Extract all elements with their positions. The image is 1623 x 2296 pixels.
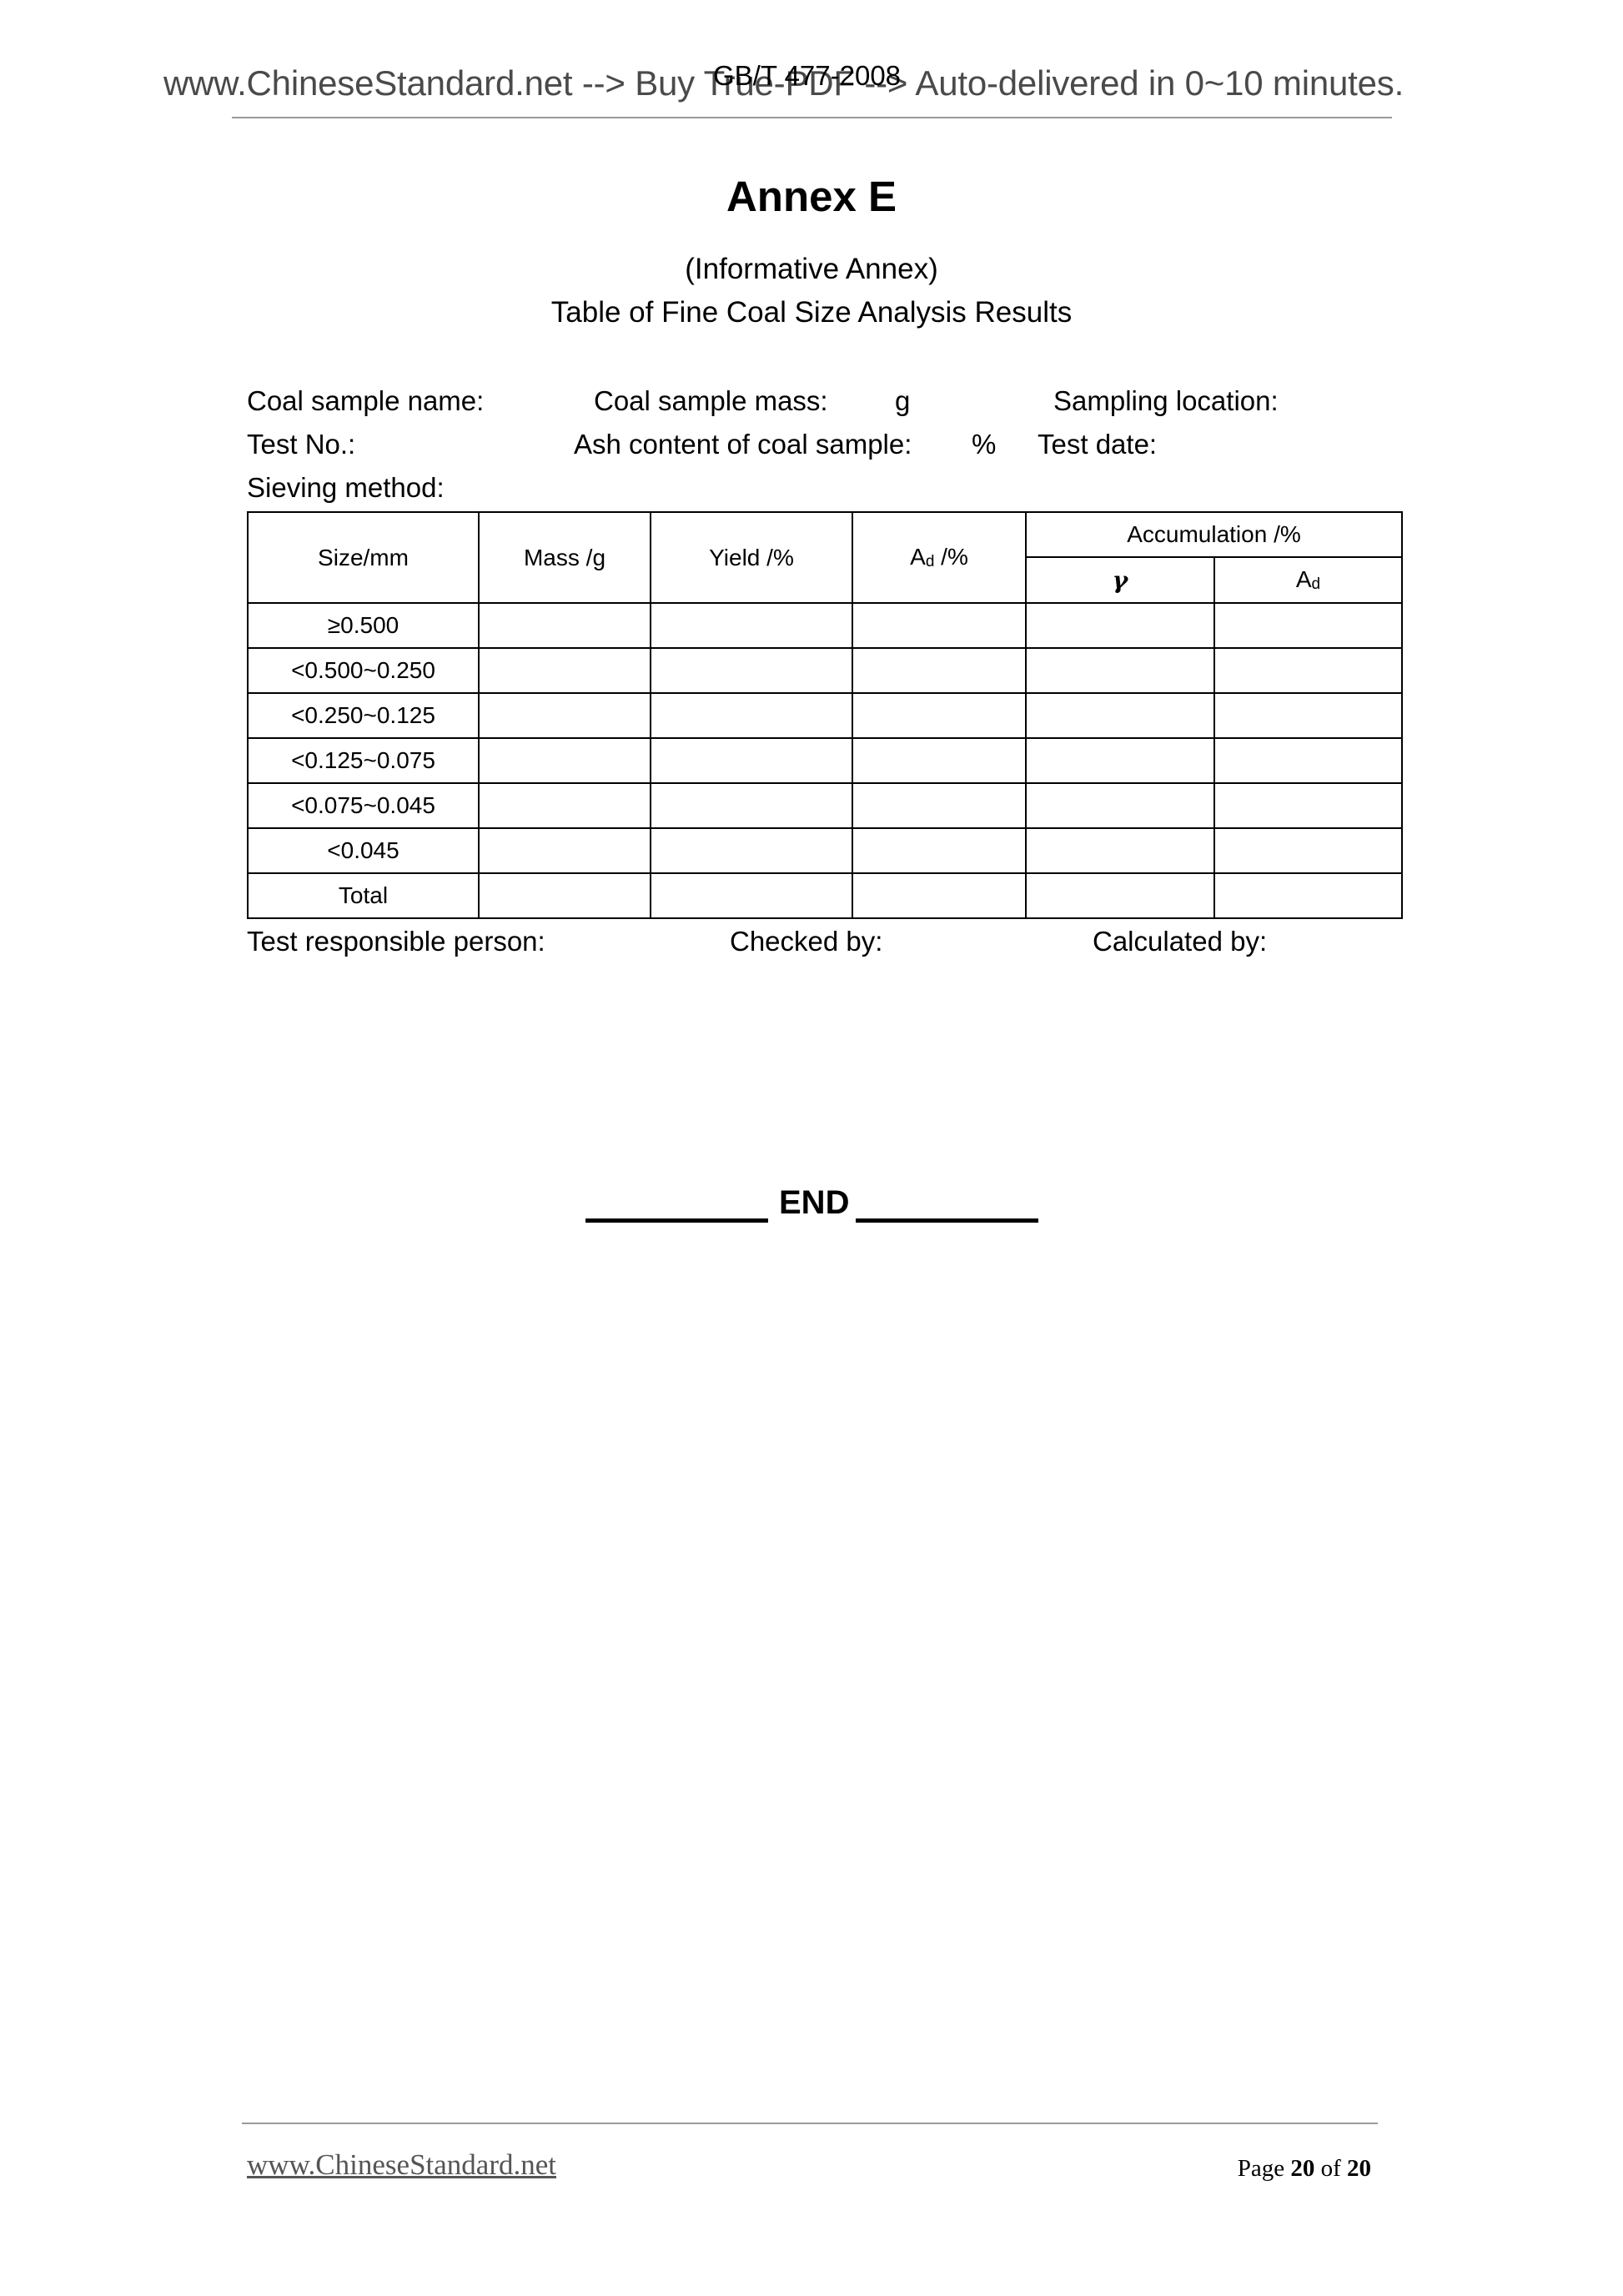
sieving-method-label: Sieving method: bbox=[247, 472, 445, 504]
ash-symbol: A bbox=[910, 544, 926, 570]
cell-acc-ad[interactable] bbox=[1214, 693, 1402, 738]
cell-yield[interactable] bbox=[651, 738, 852, 783]
checked-by-label: Checked by: bbox=[730, 926, 882, 957]
mass-unit: g bbox=[895, 385, 910, 417]
end-marker: END bbox=[585, 1184, 1038, 1226]
page-of: of bbox=[1314, 2155, 1347, 2182]
coal-sample-name-label: Coal sample name: bbox=[247, 385, 484, 417]
cell-mass[interactable] bbox=[479, 873, 651, 918]
footer-divider bbox=[242, 2123, 1378, 2124]
cell-size: <0.045 bbox=[248, 828, 479, 873]
cell-acc-gamma[interactable] bbox=[1026, 603, 1214, 648]
header-acc-ash: Ad bbox=[1214, 557, 1402, 603]
acc-ash-subscript: d bbox=[1312, 575, 1321, 593]
cell-size: Total bbox=[248, 873, 479, 918]
page-number: Page 20 of 20 bbox=[1238, 2155, 1371, 2183]
cell-yield[interactable] bbox=[651, 873, 852, 918]
cell-ad[interactable] bbox=[852, 738, 1026, 783]
cell-acc-gamma[interactable] bbox=[1026, 738, 1214, 783]
cell-acc-gamma[interactable] bbox=[1026, 828, 1214, 873]
header-ash: Ad /% bbox=[852, 512, 1026, 603]
header-divider bbox=[232, 117, 1392, 118]
table-title: Table of Fine Coal Size Analysis Results bbox=[0, 296, 1623, 329]
cell-size: ≥0.500 bbox=[248, 603, 479, 648]
table-row: <0.125~0.075 bbox=[248, 738, 1402, 783]
cell-mass[interactable] bbox=[479, 828, 651, 873]
ash-subscript: d bbox=[926, 553, 935, 570]
cell-yield[interactable] bbox=[651, 603, 852, 648]
coal-sample-mass-label: Coal sample mass: bbox=[594, 385, 828, 417]
cell-yield[interactable] bbox=[651, 693, 852, 738]
end-left-rule bbox=[585, 1218, 768, 1223]
cell-ad[interactable] bbox=[852, 783, 1026, 828]
cell-size: <0.250~0.125 bbox=[248, 693, 479, 738]
calculated-by-label: Calculated by: bbox=[1093, 926, 1267, 957]
cell-acc-ad[interactable] bbox=[1214, 603, 1402, 648]
ash-unit: % bbox=[972, 429, 996, 460]
cell-acc-gamma[interactable] bbox=[1026, 873, 1214, 918]
cell-ad[interactable] bbox=[852, 648, 1026, 693]
end-text: END bbox=[779, 1184, 849, 1222]
cell-mass[interactable] bbox=[479, 783, 651, 828]
cell-size: <0.500~0.250 bbox=[248, 648, 479, 693]
table-row: <0.250~0.125 bbox=[248, 693, 1402, 738]
cell-mass[interactable] bbox=[479, 603, 651, 648]
standard-number: GB/T 477-2008 bbox=[713, 60, 901, 92]
header-mass: Mass /g bbox=[479, 512, 651, 603]
acc-ash-symbol: A bbox=[1296, 566, 1312, 592]
ash-content-label: Ash content of coal sample: bbox=[574, 429, 912, 460]
size-analysis-table: Size/mm Mass /g Yield /% Ad /% Accumulat… bbox=[247, 511, 1403, 919]
cell-acc-ad[interactable] bbox=[1214, 648, 1402, 693]
cell-mass[interactable] bbox=[479, 693, 651, 738]
test-date-label: Test date: bbox=[1038, 429, 1157, 460]
cell-mass[interactable] bbox=[479, 738, 651, 783]
page-total: 20 bbox=[1347, 2155, 1371, 2182]
table-row: <0.500~0.250 bbox=[248, 648, 1402, 693]
cell-acc-ad[interactable] bbox=[1214, 738, 1402, 783]
responsible-person-label: Test responsible person: bbox=[247, 926, 545, 957]
cell-mass[interactable] bbox=[479, 648, 651, 693]
cell-size: <0.075~0.045 bbox=[248, 783, 479, 828]
header-size: Size/mm bbox=[248, 512, 479, 603]
cell-acc-ad[interactable] bbox=[1214, 783, 1402, 828]
cell-acc-ad[interactable] bbox=[1214, 873, 1402, 918]
cell-ad[interactable] bbox=[852, 603, 1026, 648]
header-yield: Yield /% bbox=[651, 512, 852, 603]
end-right-rule bbox=[856, 1218, 1038, 1223]
header-acc-gamma: γ bbox=[1026, 557, 1214, 603]
cell-ad[interactable] bbox=[852, 693, 1026, 738]
cell-yield[interactable] bbox=[651, 648, 852, 693]
cell-acc-gamma[interactable] bbox=[1026, 648, 1214, 693]
cell-acc-gamma[interactable] bbox=[1026, 693, 1214, 738]
test-no-label: Test No.: bbox=[247, 429, 355, 460]
cell-size: <0.125~0.075 bbox=[248, 738, 479, 783]
cell-yield[interactable] bbox=[651, 783, 852, 828]
ash-unit-suffix: /% bbox=[934, 544, 967, 570]
annex-type: (Informative Annex) bbox=[0, 253, 1623, 286]
header-accumulation: Accumulation /% bbox=[1026, 512, 1402, 557]
table-body: ≥0.500<0.500~0.250<0.250~0.125<0.125~0.0… bbox=[248, 603, 1402, 918]
cell-yield[interactable] bbox=[651, 828, 852, 873]
gamma-symbol: γ bbox=[1113, 566, 1128, 594]
sampling-location-label: Sampling location: bbox=[1053, 385, 1279, 417]
page-label: Page bbox=[1238, 2155, 1291, 2182]
annex-title: Annex E bbox=[0, 172, 1623, 221]
cell-acc-gamma[interactable] bbox=[1026, 783, 1214, 828]
table-row: ≥0.500 bbox=[248, 603, 1402, 648]
table-row: Total bbox=[248, 873, 1402, 918]
cell-ad[interactable] bbox=[852, 828, 1026, 873]
cell-acc-ad[interactable] bbox=[1214, 828, 1402, 873]
cell-ad[interactable] bbox=[852, 873, 1026, 918]
table-row: <0.045 bbox=[248, 828, 1402, 873]
footer-site-link[interactable]: www.ChineseStandard.net bbox=[247, 2148, 556, 2182]
page-current: 20 bbox=[1290, 2155, 1314, 2182]
table-row: <0.075~0.045 bbox=[248, 783, 1402, 828]
